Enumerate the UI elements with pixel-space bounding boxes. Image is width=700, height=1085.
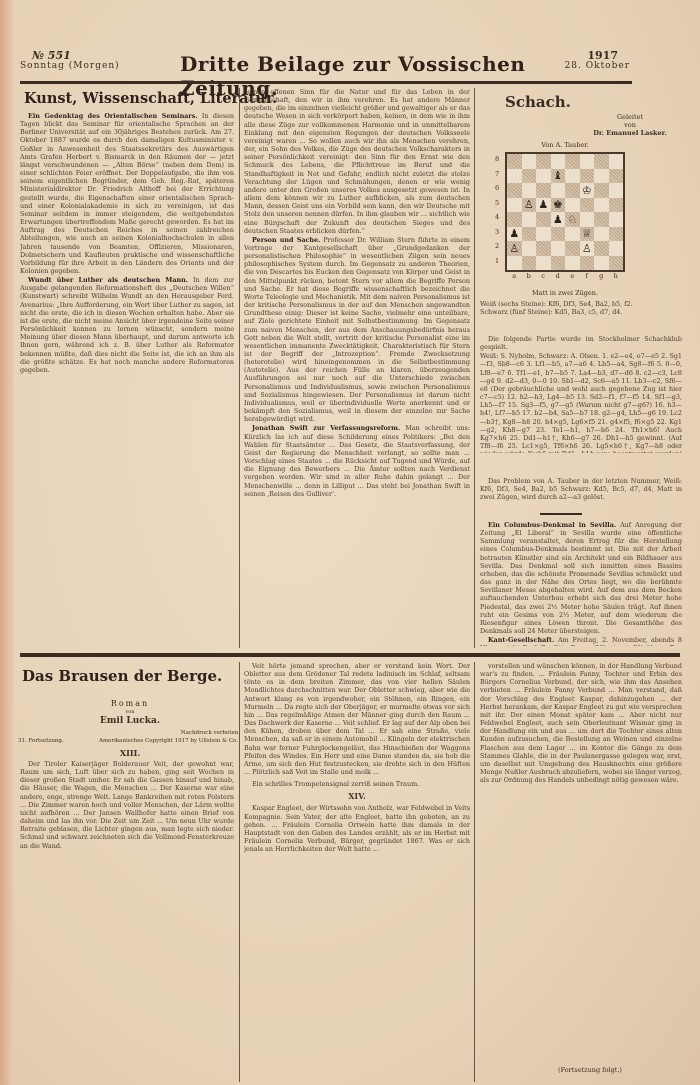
feuilleton-rule [20, 653, 680, 657]
chess-piece-icon: ♙ [524, 199, 534, 210]
article-headline: Person und Sache. [252, 236, 320, 244]
board-square-e4: ♘ [565, 212, 580, 227]
chess-editor-von: von [580, 121, 680, 129]
issue-day: Sonntag (Morgen) [20, 61, 120, 71]
board-square-g7 [594, 169, 609, 184]
chess-piece-icon: ♟ [509, 228, 519, 239]
board-square-a7 [507, 169, 522, 184]
novel-text: Kaspar Engleet, der Wirtssohn von Anthol… [244, 804, 470, 853]
section-divider [540, 513, 582, 515]
board-square-g2 [594, 241, 609, 256]
article-text: In dem zur Ausgabe gelangenden Reformati… [20, 276, 234, 374]
board-square-e3 [565, 227, 580, 242]
board-square-g3 [594, 227, 609, 242]
problem-author: Von A. Tauber. [515, 141, 615, 149]
board-square-b8 [522, 154, 537, 169]
board-square-b1 [522, 256, 537, 271]
black-pieces: Schwarz (fünf Steine): Kd5, Ba3, c5, d7,… [480, 308, 680, 316]
file-label: c [536, 272, 551, 280]
rank-label: 8 [495, 152, 503, 167]
board-square-e8 [565, 154, 580, 169]
novel-text: Veit hörte jemand sprechen, aber er vers… [244, 662, 470, 776]
board-square-h6 [609, 183, 624, 198]
column-rule [239, 88, 240, 648]
chess-game: Die folgende Partie wurde im Stockholmer… [480, 335, 682, 453]
board-square-c8 [536, 154, 551, 169]
chapter-number: XIII. [90, 748, 170, 758]
novel-title: Das Brausen der Berge. [22, 667, 222, 685]
chess-piece-icon: ♟ [538, 199, 548, 210]
board-square-c6 [536, 183, 551, 198]
board-square-g1 [594, 256, 609, 271]
continuation-text: seinen offenen Sinn für die Natur und fü… [244, 88, 470, 235]
board-square-a2: ♙ [507, 241, 522, 256]
board-square-e2 [565, 241, 580, 256]
article-text: In diesen Tagen blickt das Seminar für o… [20, 112, 234, 275]
file-label: d [551, 272, 566, 280]
board-square-h4 [609, 212, 624, 227]
white-pieces: Weiß (sechs Steine): Kf6, Df3, Se4, Ba2,… [480, 300, 680, 308]
board-square-g6 [594, 183, 609, 198]
board-square-e7 [565, 169, 580, 184]
article: Kant-Gesellschaft. Am Freitag, 2. Novemb… [480, 636, 682, 646]
rank-label: 6 [495, 181, 503, 196]
article-headline: Kant-Gesellschaft. [488, 636, 554, 644]
column-rule [474, 662, 475, 1082]
board-square-b3 [522, 227, 537, 242]
novel-text: vorstellen und wünschen können, in der H… [480, 662, 682, 784]
novel-column-2: Veit hörte jemand sprechen, aber er vers… [244, 662, 470, 1082]
chess-piece-icon: ♕ [582, 228, 592, 239]
article-headline: Ein Gedenktag des Orientalischen Seminar… [28, 112, 198, 120]
board-square-a1 [507, 256, 522, 271]
issue-date: 28. Oktober [565, 61, 630, 71]
novel-genre: Roman [60, 699, 200, 708]
column-rule [239, 662, 240, 1082]
board-square-a6 [507, 183, 522, 198]
board-square-d5: ♚ [551, 198, 566, 213]
problem-caption: Matt in zwei Zügen. [515, 289, 615, 297]
board-square-d6 [551, 183, 566, 198]
board-square-a3: ♟ [507, 227, 522, 242]
article: Ein Columbus-Denkmal in Sevilla. Auf Anr… [480, 521, 682, 635]
board-square-f1 [580, 256, 595, 271]
board-square-f8 [580, 154, 595, 169]
board-square-c1 [536, 256, 551, 271]
board-square-f7 [580, 169, 595, 184]
board-square-d2 [551, 241, 566, 256]
board-square-f5 [580, 198, 595, 213]
board-square-f2: ♙ [580, 241, 595, 256]
board-square-h8 [609, 154, 624, 169]
board-square-g4 [594, 212, 609, 227]
board-square-h2 [609, 241, 624, 256]
novel-text: Der Tiroler Kaiserjäger Bolderauer Veit,… [20, 760, 234, 850]
section-heading: Kunst, Wissenschaft, Literatur. [24, 90, 277, 107]
chess-editor-label: Geleitet [580, 113, 680, 121]
masthead-rule [20, 81, 632, 84]
article: Ein Gedenktag des Orientalischen Seminar… [20, 112, 234, 275]
installment-number: 31. Fortsetzung. [18, 738, 78, 744]
middle-column: seinen offenen Sinn für die Natur und fü… [244, 88, 470, 650]
board-square-b2 [522, 241, 537, 256]
article: Jonathan Swift zur Verfassungsreform. Ma… [244, 424, 470, 497]
board-square-a5 [507, 198, 522, 213]
board-square-h1 [609, 256, 624, 271]
rank-label: 1 [495, 254, 503, 269]
game-moves: Weiß: S. Nyholm, Schwarz: A. Olsen. 1. e… [480, 352, 682, 453]
board-square-f4 [580, 212, 595, 227]
board-square-f6: ♔ [580, 183, 595, 198]
chess-piece-icon: ♟ [553, 214, 563, 225]
file-label: b [522, 272, 537, 280]
board-square-g8 [594, 154, 609, 169]
chess-piece-icon: ♔ [582, 185, 592, 196]
copyright-notice: Amerikanisches Copyright 1917 by Ullstei… [70, 738, 238, 744]
board-square-e6 [565, 183, 580, 198]
board-square-h5 [609, 198, 624, 213]
novel-column-1: Der Tiroler Kaiserjäger Bolderauer Veit,… [20, 760, 234, 1082]
board-square-d8 [551, 154, 566, 169]
board-square-b5: ♙ [522, 198, 537, 213]
board-square-d7: ♝ [551, 169, 566, 184]
board-square-c5: ♟ [536, 198, 551, 213]
left-column: Ein Gedenktag des Orientalischen Seminar… [20, 112, 234, 652]
file-label: a [507, 272, 522, 280]
board-square-c2 [536, 241, 551, 256]
article: Wundt über Luther als deutschen Mann. In… [20, 276, 234, 374]
rank-label: 2 [495, 239, 503, 254]
article-text: Professor Dr. William Stern führte in ei… [244, 236, 470, 423]
page-edge [0, 0, 14, 1085]
file-label: f [580, 272, 595, 280]
article-headline: Ein Columbus-Denkmal in Sevilla. [488, 521, 616, 529]
rank-label: 3 [495, 225, 503, 240]
board-square-d4: ♟ [551, 212, 566, 227]
board-square-c7 [536, 169, 551, 184]
article-text: Man schreibt uns: Kürzlich las ich auf d… [244, 424, 470, 497]
file-label: h [609, 272, 624, 280]
problem-solution: Das Problem von A. Tauber in der letzten… [480, 477, 682, 503]
masthead: № 551 Sonntag (Morgen) Dritte Beilage zu… [20, 50, 630, 80]
board-square-c4 [536, 212, 551, 227]
board-ranks: 8 7 6 5 4 3 2 1 [495, 152, 503, 268]
board-square-b7 [522, 169, 537, 184]
file-label: g [594, 272, 609, 280]
board-square-h7 [609, 169, 624, 184]
board-square-c3 [536, 227, 551, 242]
chess-editor: Dr. Emanuel Lasker. [580, 129, 680, 137]
article-headline: Wundt über Luther als deutschen Mann. [28, 276, 188, 284]
file-label: e [565, 272, 580, 280]
rank-label: 4 [495, 210, 503, 225]
board-square-b6 [522, 183, 537, 198]
board-square-a8 [507, 154, 522, 169]
article-headline: Jonathan Swift zur Verfassungsreform. [252, 424, 400, 432]
article: Person und Sache. Professor Dr. William … [244, 236, 470, 424]
chess-piece-icon: ♘ [567, 214, 577, 225]
article-text: Auf Anregung der Zeitung „El Liberal“ in… [480, 521, 682, 635]
board-square-d1 [551, 256, 566, 271]
board-square-e5 [565, 198, 580, 213]
board-square-g5 [594, 198, 609, 213]
right-articles: Ein Columbus-Denkmal in Sevilla. Auf Anr… [480, 521, 682, 646]
chapter-number: XIV. [244, 789, 470, 803]
board-square-h3 [609, 227, 624, 242]
novel-text: Ein schrilles Trompetensignal zerriß sei… [244, 780, 470, 788]
novel-column-3: vorstellen und wünschen können, in der H… [480, 662, 682, 1062]
chess-piece-icon: ♚ [553, 199, 563, 210]
rights-notice: Nachdruck verboten. [150, 730, 240, 736]
rank-label: 7 [495, 167, 503, 182]
column-rule [474, 88, 475, 648]
game-intro: Die folgende Partie wurde im Stockholmer… [480, 335, 682, 351]
chess-board: ♝♔♙♟♚♟♘♟♕♙♙ [505, 152, 625, 272]
chess-piece-icon: ♝ [553, 170, 563, 181]
novel-author: Emil Lucka. [60, 716, 200, 726]
chess-piece-icon: ♙ [582, 243, 592, 254]
chess-heading: Schach. [505, 93, 571, 111]
board-square-d3 [551, 227, 566, 242]
board-square-e1 [565, 256, 580, 271]
board-files: a b c d e f g h [507, 272, 623, 280]
solution-text: Das Problem von A. Tauber in der letzten… [480, 477, 682, 501]
problem-pieces: Weiß (sechs Steine): Kf6, Df3, Se4, Ba2,… [480, 300, 680, 318]
board-square-a4 [507, 212, 522, 227]
board-square-b4 [522, 212, 537, 227]
board-square-f3: ♕ [580, 227, 595, 242]
chess-piece-icon: ♙ [509, 243, 519, 254]
rank-label: 5 [495, 196, 503, 211]
continued-notice: (Fortsetzung folgt.) [540, 1066, 640, 1074]
novel-by: von [60, 709, 200, 715]
